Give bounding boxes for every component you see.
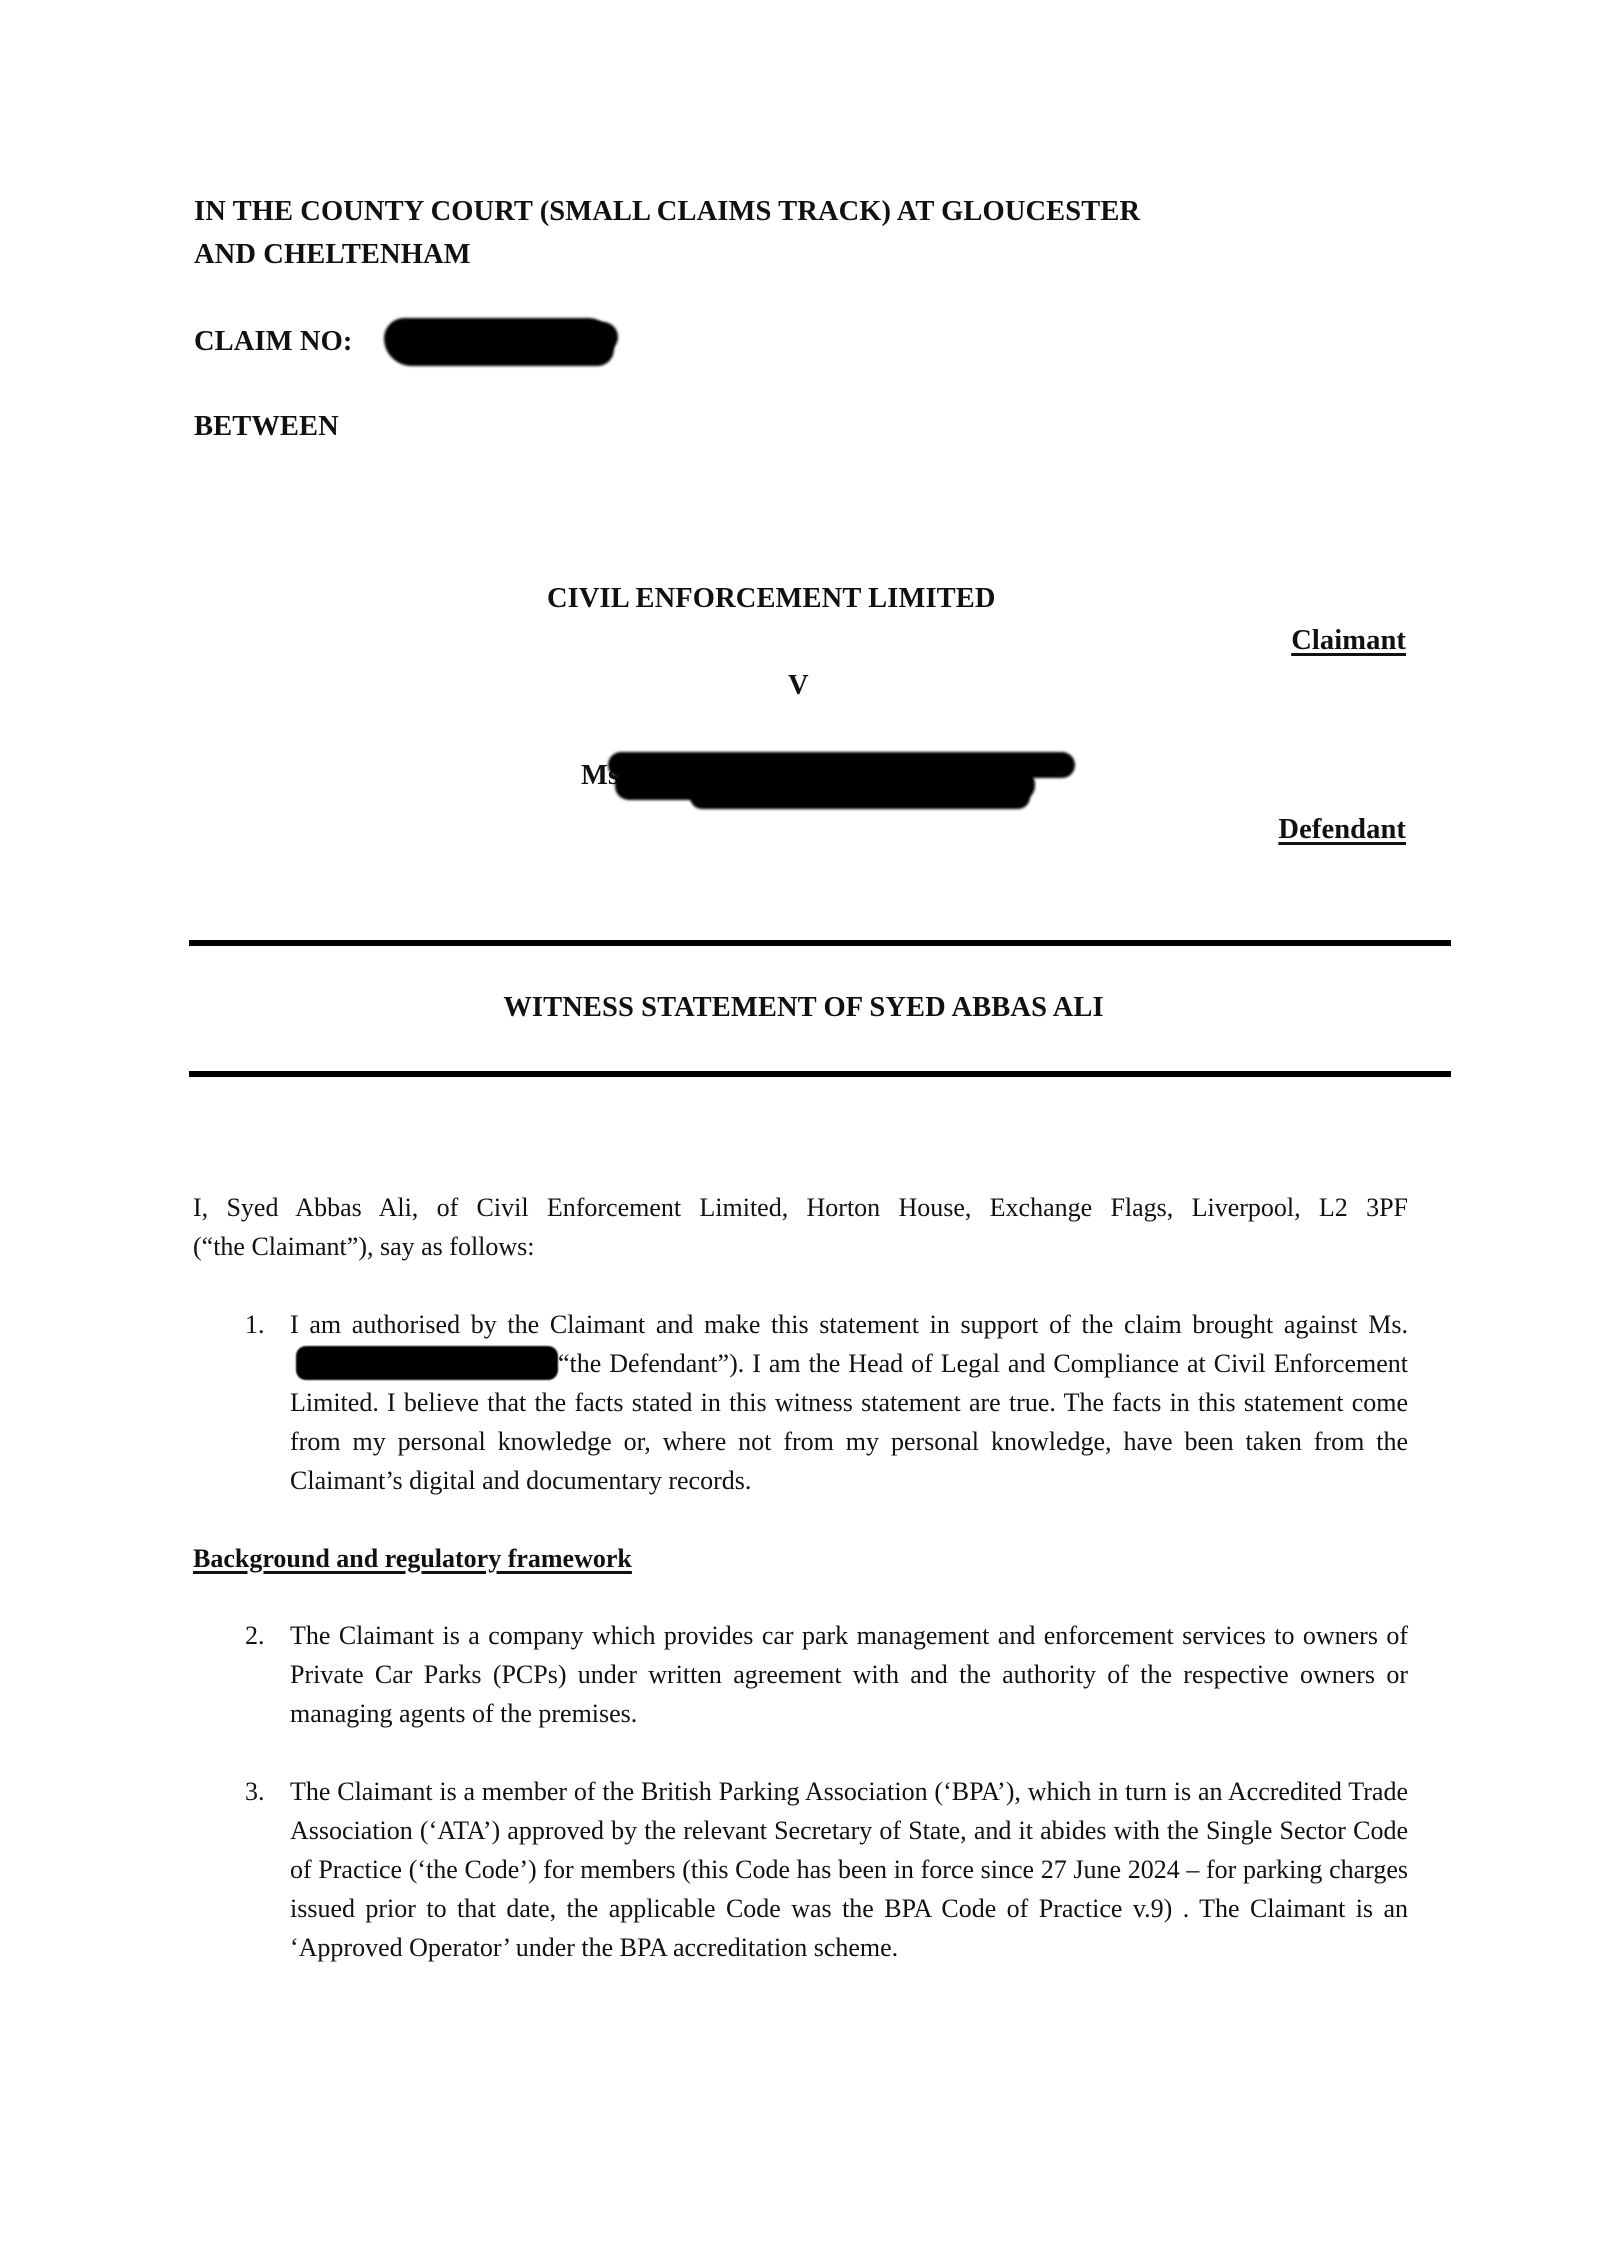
title-bottom-rule: [189, 1071, 1451, 1077]
defendant-name-redaction-inline: [296, 1346, 558, 1380]
claim-number-label: CLAIM NO:: [194, 320, 352, 363]
numbered-paragraph: 1. I am authorised by the Claimant and m…: [193, 1305, 1408, 1500]
court-header-line-1: IN THE COUNTY COURT (SMALL CLAIMS TRACK)…: [194, 190, 1140, 233]
numbered-paragraphs-background: 2. The Claimant is a company which provi…: [193, 1616, 1408, 1967]
paragraph-text: The Claimant is a member of the British …: [290, 1777, 1408, 1962]
defendant-name-redaction-bottom: [690, 785, 1030, 809]
numbered-paragraph: 2. The Claimant is a company which provi…: [193, 1616, 1408, 1733]
paragraph-number: 2.: [245, 1616, 265, 1655]
versus-label: V: [788, 664, 809, 707]
paragraph-number: 1.: [245, 1305, 265, 1344]
claim-number-redaction-edge: [560, 322, 618, 352]
claimant-name: CIVIL ENFORCEMENT LIMITED: [547, 577, 996, 620]
between-label: BETWEEN: [194, 405, 339, 448]
paragraph-text: The Claimant is a company which provides…: [290, 1621, 1408, 1728]
statement-title: WITNESS STATEMENT OF SYED ABBAS ALI: [0, 986, 1600, 1029]
court-header-line-2: AND CHELTENHAM: [194, 233, 471, 276]
intro-paragraph: I, Syed Abbas Ali, of Civil Enforcement …: [193, 1188, 1408, 1266]
title-top-rule: [189, 940, 1451, 946]
intro-line-2: (“the Claimant”), say as follows:: [193, 1227, 1408, 1266]
intro-line-1: I, Syed Abbas Ali, of Civil Enforcement …: [193, 1188, 1408, 1227]
numbered-paragraphs-intro: 1. I am authorised by the Claimant and m…: [193, 1305, 1408, 1500]
section-heading: Background and regulatory framework: [193, 1539, 632, 1578]
numbered-paragraph: 3. The Claimant is a member of the Briti…: [193, 1772, 1408, 1967]
paragraph-text-before-redaction: I am authorised by the Claimant and make…: [290, 1310, 1408, 1339]
paragraph-number: 3.: [245, 1772, 265, 1811]
defendant-role-label: Defendant: [1278, 808, 1406, 851]
claimant-role-label: Claimant: [1291, 619, 1406, 662]
